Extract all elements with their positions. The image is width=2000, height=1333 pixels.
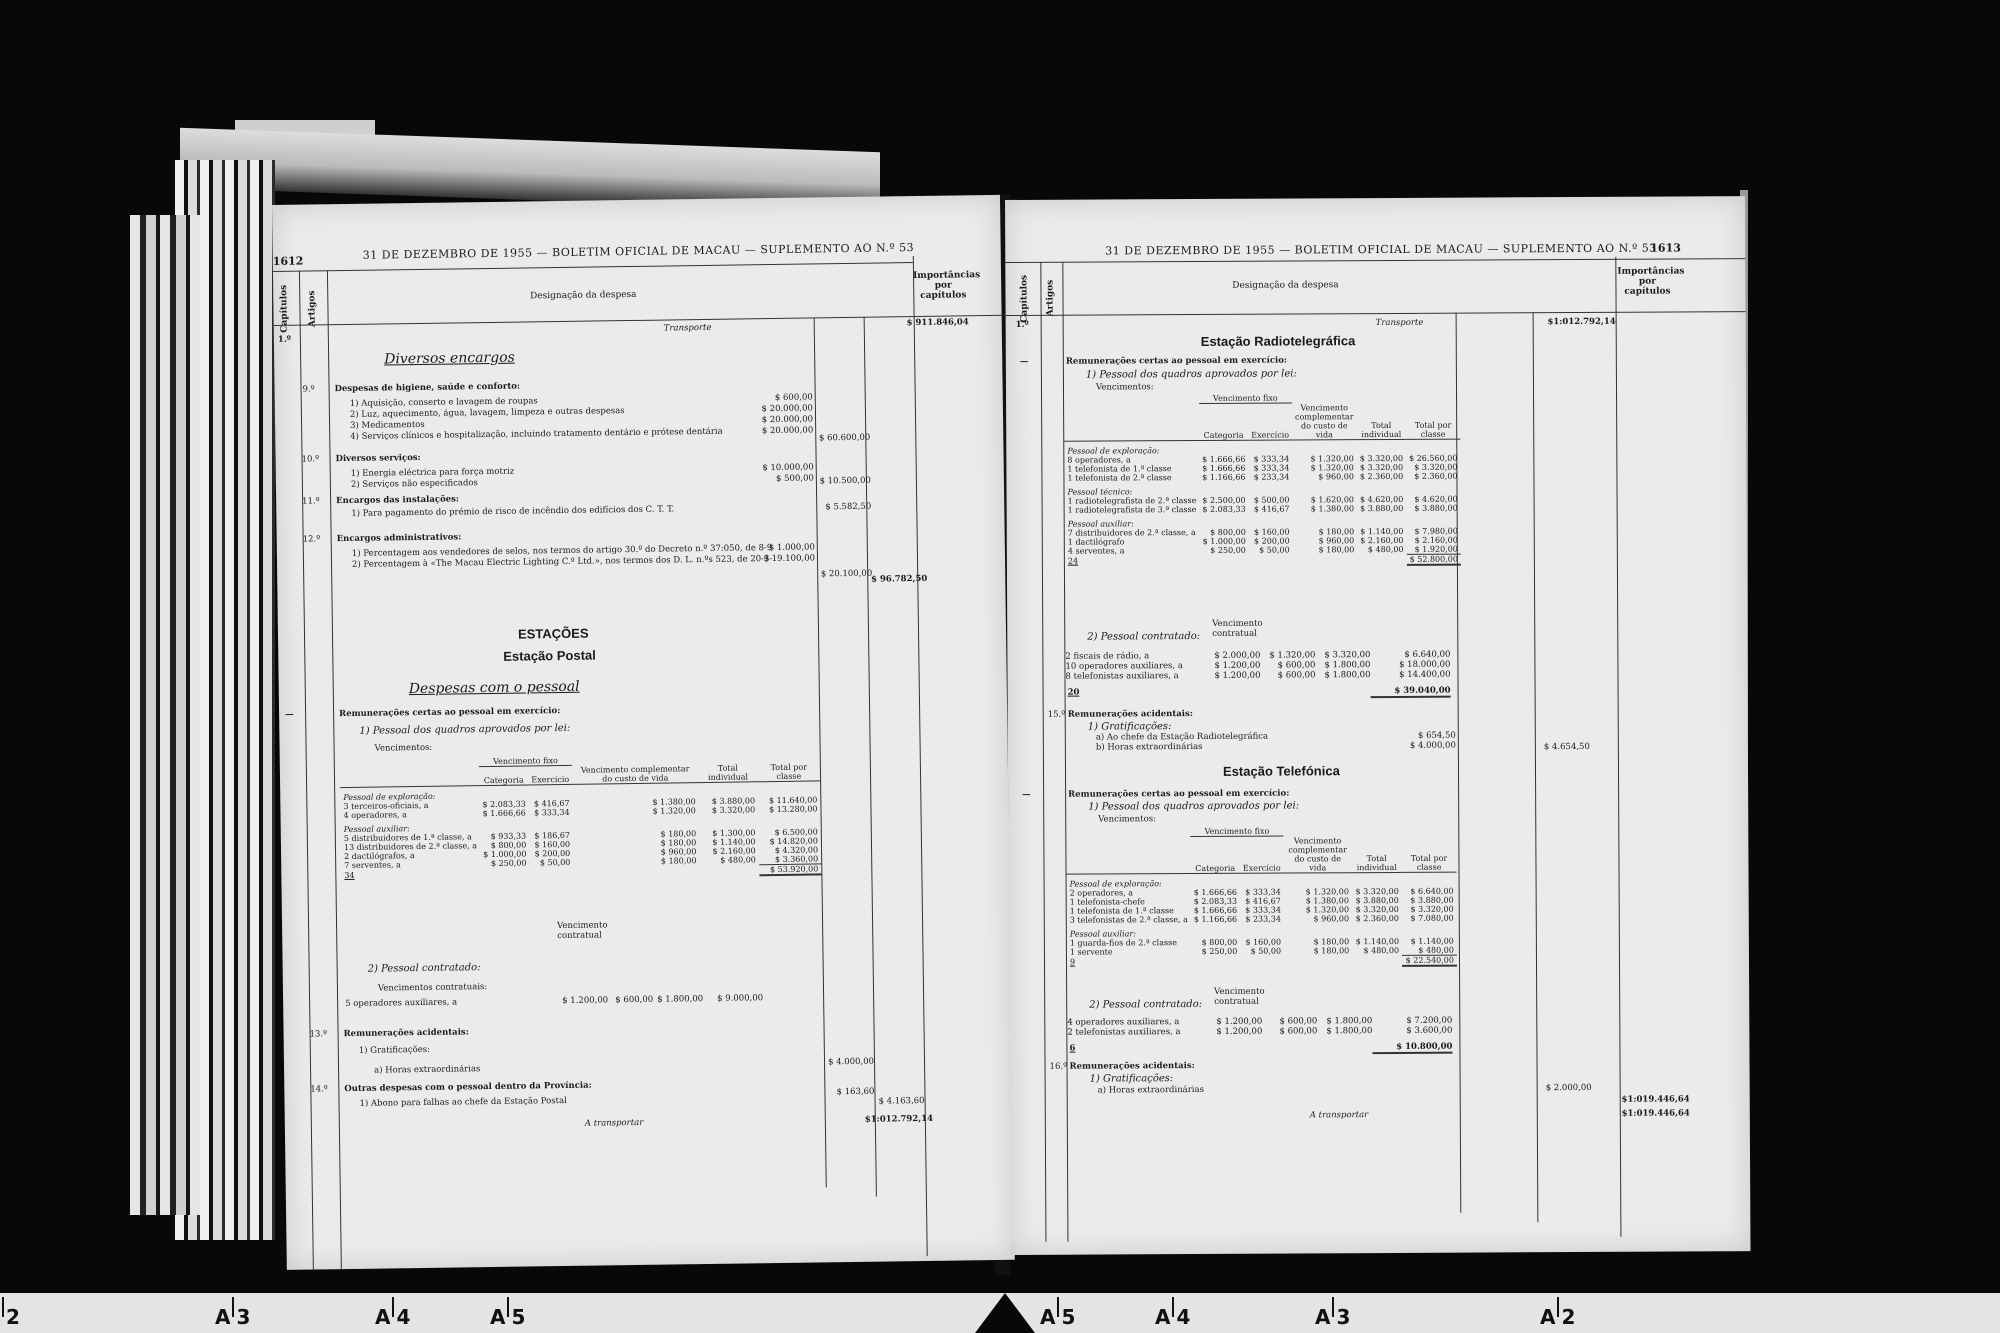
film-mark: 2	[0, 1305, 20, 1329]
section-title: Diversos encargos	[384, 350, 515, 368]
mark-bar	[1057, 1297, 1059, 1317]
article-item-value: $ 20.000,00	[753, 403, 813, 414]
header-categoria: Categoria	[1199, 403, 1248, 440]
article-title: Remunerações acidentais:	[344, 1027, 469, 1039]
mark-bar	[1172, 1297, 1174, 1317]
subsection-label: Vencimentos:	[1098, 814, 1156, 824]
contratado-label: 2) Pessoal contratado:	[1087, 631, 1200, 643]
article-item-value: $ 500,00	[754, 473, 814, 484]
article-title: Diversos serviços:	[335, 453, 420, 464]
cell-classe: $ 7.080,00	[1402, 913, 1457, 922]
article-total: $ 4.163,60	[875, 1096, 925, 1107]
class-total: $ 39.040,00	[1371, 686, 1451, 698]
article-number: 14.º	[310, 1084, 328, 1094]
class-total: $ 52.800,00	[1407, 554, 1461, 565]
class-total: $ 22.540,00	[1402, 955, 1457, 966]
contract-row-label: 5 operadores auxiliares, a	[345, 997, 457, 1009]
cell-complementar: $ 180,00	[1284, 946, 1352, 956]
cell-categoria: $ 1.666,66	[1191, 887, 1240, 896]
contratado-label: 2) Pessoal contratado:	[1089, 999, 1202, 1011]
class-total: $ 10.800,00	[1372, 1042, 1452, 1054]
col-artigos-header: Artigos	[1045, 280, 1055, 317]
contract-cell: $ 600,00	[1262, 1016, 1317, 1026]
article-sub: 1) Gratificações:	[1088, 721, 1172, 732]
cell-categoria: $ 2.500,00	[1199, 495, 1248, 504]
subsection-title: Remunerações certas ao pessoal em exercí…	[339, 706, 560, 719]
cell-complementar: $ 180,00	[1284, 937, 1352, 946]
dash-marker: —	[285, 710, 294, 720]
col-importancias-header: Importâncias por capítulos	[913, 270, 973, 301]
cell-classe: $ 3.880,00	[1406, 503, 1460, 512]
mark-bar	[1557, 1297, 1559, 1317]
article-number: 10.º	[301, 454, 319, 464]
cell-categoria: $ 1.166,66	[1191, 914, 1240, 923]
film-mark: A3	[1315, 1305, 1350, 1329]
row-label: 3 telefonistas de 2.ª classe, a	[1067, 915, 1191, 925]
contract-cell: $ 600,00	[1260, 670, 1315, 680]
cell-individual: $ 3.320,00	[1357, 462, 1406, 471]
page-number: 1613	[1650, 241, 1681, 254]
cell-classe: $ 1.140,00	[1402, 936, 1457, 945]
header-total-individual: Total individual	[1357, 402, 1406, 439]
dash-marker: —	[1020, 357, 1029, 367]
cell-exercicio: $ 416,67	[1240, 896, 1284, 905]
a-transportar-value: $1:012.792,14	[865, 1114, 927, 1125]
header-label	[1064, 403, 1199, 440]
chapter-number: 1.º	[278, 335, 291, 345]
cell-individual: $ 480,00	[699, 855, 758, 865]
empty-cell	[1357, 554, 1406, 565]
article-item-value: $ 5.582,50	[811, 502, 871, 513]
transporte-label: Transporte	[1376, 318, 1424, 328]
cell-individual: $ 1.300,00	[699, 828, 758, 838]
contract-cell: $ 18.000,00	[1370, 660, 1450, 670]
empty-cell	[1191, 956, 1240, 967]
cell-exercicio: $ 160,00	[1240, 937, 1284, 946]
header-total-individual: Total individual	[1352, 835, 1402, 872]
article-item-value: $ 19.100,00	[755, 553, 815, 564]
article-sub: 1) Gratificações:	[1090, 1073, 1174, 1084]
cell-individual: $ 3.880,00	[1352, 895, 1402, 904]
venc-contratual-header: Vencimento contratual	[1212, 619, 1252, 639]
mark-bar	[232, 1297, 234, 1317]
article-number: 11.º	[302, 496, 320, 506]
empty-cell	[1352, 955, 1402, 966]
contract-row-label: 10 operadores auxiliares, a	[1065, 661, 1183, 672]
page-stack-edge	[130, 215, 200, 1215]
class-total: $ 53.920,00	[759, 863, 821, 874]
film-mark: A4	[375, 1305, 410, 1329]
header-total-classe: Total por classe	[758, 762, 821, 781]
article-item: b) Horas extraordinárias	[1096, 742, 1203, 753]
mark-bar	[1332, 1297, 1334, 1317]
empty-cell	[1293, 554, 1358, 565]
headcount: 34	[341, 868, 480, 880]
contract-cell: $ 3.600,00	[1372, 1026, 1452, 1036]
article-sub: 1) Gratificações:	[359, 1045, 430, 1056]
film-mark: A2	[1540, 1305, 1575, 1329]
subsection-title: 1) Pessoal dos quadros aprovados por lei…	[1088, 800, 1299, 812]
cell-categoria: $ 1.666,66	[1199, 454, 1248, 463]
cell-classe: $ 4.320,00	[759, 845, 821, 855]
film-mark: A4	[1155, 1305, 1190, 1329]
cell-categoria: $ 2.083,33	[1191, 896, 1240, 905]
cell-categoria: $ 250,00	[1200, 545, 1249, 555]
cell-exercicio: $ 160,00	[1249, 527, 1293, 536]
contract-row-label: 2 telefonistas auxiliares, a	[1067, 1027, 1180, 1038]
empty-cell	[530, 867, 574, 878]
col-capitulos-header: Capítulos	[279, 285, 290, 333]
cell-classe: $ 6.500,00	[758, 827, 820, 837]
cell-classe: $ 13.280,00	[758, 804, 820, 814]
cell-complementar: $ 1.380,00	[1284, 896, 1352, 905]
article-item-value: $ 10.000,00	[754, 462, 814, 473]
article-item-value: $ 2.000,00	[1537, 1083, 1592, 1093]
cell-categoria: $ 1.166,66	[1199, 472, 1248, 481]
chapter-total: $ 96.782,50	[867, 574, 927, 585]
article-title: Despesas de higiene, saúde e conforto:	[335, 382, 521, 395]
cell-exercicio: $ 333,34	[1240, 887, 1284, 896]
contract-row-label: 4 operadores auxiliares, a	[1067, 1017, 1179, 1028]
cell-individual: $ 3.320,00	[1352, 904, 1402, 913]
contratado-label: 2) Pessoal contratado:	[368, 962, 481, 975]
col-artigos-header: Artigos	[307, 290, 318, 327]
header-label	[340, 767, 479, 787]
running-header: 31 DE DEZEMBRO DE 1955 — BOLETIM OFICIAL…	[363, 240, 1001, 262]
right-page: 31 DE DEZEMBRO DE 1955 — BOLETIM OFICIAL…	[1005, 196, 1751, 1255]
article-title: Outras despesas com o pessoal dentro da …	[344, 1081, 592, 1094]
empty-cell	[573, 865, 699, 877]
mark-bar	[392, 1297, 394, 1317]
cell-exercicio: $ 333,34	[1248, 454, 1292, 463]
salary-table: Vencimento fixoCategoriaExercícioVencime…	[1064, 393, 1461, 568]
cell-exercicio: $ 50,00	[1249, 545, 1293, 555]
a-transportar-label: A transportar	[1310, 1110, 1368, 1120]
contract-cell: $ 1.320,00	[1260, 650, 1315, 660]
cell-classe: $ 2.160,00	[1406, 535, 1460, 544]
cell-complementar: $ 1.620,00	[1292, 495, 1357, 504]
cell-complementar: $ 960,00	[1293, 536, 1358, 545]
subsection-title: Remunerações certas ao pessoal em exercí…	[1066, 356, 1287, 367]
cell-complementar: $ 1.320,00	[1284, 887, 1352, 896]
contract-cell: $ 1.800,00	[1317, 1026, 1372, 1036]
cell-categoria: $ 1.000,00	[1200, 536, 1249, 545]
col-importancias-header: Importâncias por capítulos	[1617, 266, 1677, 296]
empty-cell	[1200, 555, 1249, 566]
venc-contratual-header: Vencimento contratual	[1214, 987, 1254, 1007]
article-total: $ 60.600,00	[810, 433, 870, 444]
cell-classe: $ 11.640,00	[758, 795, 820, 805]
article-number: 12.º	[303, 534, 321, 544]
header-categoria: Categoria	[479, 766, 529, 785]
empty-cell	[1249, 554, 1293, 565]
col-designacao-header: Designação da despesa	[433, 289, 733, 303]
header-exercicio: Exercício	[1248, 403, 1292, 440]
contract-row-label: 8 telefonistas auxiliares, a	[1065, 671, 1178, 682]
venc-contratual-header: Vencimento contratual	[557, 921, 597, 942]
subsection-title: 1) Pessoal dos quadros aprovados por lei…	[359, 723, 570, 737]
cell-individual: $ 3.880,00	[699, 796, 758, 806]
cell-complementar: $ 1.380,00	[1292, 504, 1357, 513]
cell-complementar: $ 960,00	[1292, 472, 1357, 481]
cell-individual: $ 1.140,00	[1352, 936, 1402, 945]
cell-classe: $ 480,00	[1402, 945, 1457, 955]
cell-categoria: $ 1.000,00	[480, 849, 529, 859]
article-item-value: $ 600,00	[753, 392, 813, 403]
cell-exercicio: $ 333,34	[1240, 905, 1284, 914]
article-number: 16.º	[1050, 1062, 1068, 1072]
header-total-individual: Total individual	[698, 763, 758, 782]
header-label	[1066, 837, 1190, 874]
station-title: Estação Telefónica	[1223, 763, 1340, 779]
cell-exercicio: $ 416,67	[1249, 504, 1293, 513]
film-mark: A5	[490, 1305, 525, 1329]
cell-individual: $ 1.140,00	[699, 837, 758, 847]
header-complementar: Vencimento complementar do custo de vida	[1292, 403, 1357, 440]
cell-classe: $ 14.820,00	[759, 836, 821, 846]
cell-exercicio: $ 416,67	[529, 798, 573, 808]
contract-cell: $ 1.800,00	[1317, 1016, 1372, 1026]
cell-individual: $ 1.140,00	[1357, 526, 1406, 535]
empty-cell	[1240, 956, 1284, 967]
article-title: Encargos das instalações:	[336, 494, 459, 506]
contract-cell: $ 9.000,00	[703, 993, 763, 1004]
cell-complementar: $ 960,00	[1284, 914, 1352, 923]
cell-individual: $ 2.160,00	[699, 846, 758, 856]
page-number: 1612	[273, 255, 304, 268]
transporte-value: $ 911.846,04	[869, 317, 969, 328]
transporte-label: Transporte	[664, 323, 712, 334]
contract-cell: $ 1.200,00	[553, 995, 608, 1006]
cell-individual: $ 480,00	[1357, 544, 1406, 554]
contract-row-label: 2 fiscais de rádio, a	[1065, 651, 1149, 661]
subsection-label: Vencimentos:	[375, 743, 433, 754]
cell-categoria: $ 800,00	[1191, 937, 1240, 946]
film-mark: A5	[1040, 1305, 1075, 1329]
article-number: 13.º	[310, 1029, 328, 1039]
article-item: 1) Para pagamento do prémio de risco de …	[351, 504, 674, 519]
cell-categoria: $ 1.666,66	[1191, 905, 1240, 914]
mark-bar	[2, 1297, 4, 1317]
contract-cell: $ 1.200,00	[1207, 1017, 1262, 1027]
contract-cell: $ 1.800,00	[653, 994, 703, 1005]
article-item-value: $ 163,60	[824, 1087, 874, 1098]
article-title: Encargos administrativos:	[337, 532, 462, 544]
headcount: 6	[1069, 1044, 1075, 1054]
contract-cell: $ 3.320,00	[1315, 650, 1370, 660]
article-item-value: $ 20.000,00	[753, 414, 813, 425]
row-label: 1 radiotelegrafista de 3.ª classe	[1065, 504, 1200, 514]
article-item-value: $ 654,50	[1398, 731, 1456, 741]
contract-cell: $ 1.200,00	[1207, 1027, 1262, 1037]
cell-classe: $ 26.560,00	[1406, 453, 1460, 462]
cell-categoria: $ 250,00	[480, 858, 529, 868]
contract-cell: $ 1.800,00	[1315, 660, 1370, 670]
header-exercicio: Exercício	[528, 765, 572, 784]
article-item: a) Horas extraordinárias	[374, 1064, 480, 1075]
cell-classe: $ 3.320,00	[1402, 904, 1457, 913]
cell-classe: $ 4.620,00	[1406, 494, 1460, 503]
empty-cell	[1284, 955, 1352, 966]
row-label: 1 telefonista de 1.ª classe	[1067, 906, 1191, 916]
article-number: 15.º	[1048, 710, 1066, 720]
cell-complementar: $ 1.320,00	[1292, 454, 1357, 463]
film-notch	[1005, 1293, 1035, 1333]
cell-categoria: $ 1.666,66	[1199, 463, 1248, 472]
cell-exercicio: $ 333,34	[529, 807, 573, 817]
contract-cell: $ 14.400,00	[1370, 670, 1450, 680]
cell-classe: $ 6.640,00	[1402, 886, 1457, 895]
header-venc-fixo: Vencimento fixo	[1199, 394, 1292, 404]
header-exercicio: Exercício	[1240, 836, 1284, 873]
article-item-value: $ 20.000,00	[753, 425, 813, 436]
cell-categoria: $ 2.083,33	[1199, 504, 1248, 513]
contract-cell: $ 7.200,00	[1372, 1016, 1452, 1026]
article-title: Remunerações acidentais:	[1068, 709, 1193, 720]
cell-individual: $ 2.360,00	[1357, 471, 1406, 480]
cell-exercicio: $ 50,00	[529, 857, 573, 867]
article-item: 2) Serviços não especificados	[351, 478, 478, 490]
headcount: 20	[1068, 688, 1080, 698]
cell-exercicio: $ 233,34	[1240, 914, 1284, 923]
cell-classe: $ 3.360,00	[759, 854, 821, 864]
article-item-value: $ 4.000,00	[824, 1057, 874, 1068]
header-complementar: Vencimento complementar do custo de vida	[1284, 836, 1352, 873]
subsection-title: Remunerações certas ao pessoal em exercí…	[1068, 789, 1289, 800]
cell-classe: $ 1.920,00	[1407, 544, 1461, 554]
cell-classe: $ 2.360,00	[1406, 471, 1460, 480]
chapter-number: 1.º	[1016, 320, 1029, 330]
cell-categoria: $ 800,00	[480, 840, 529, 850]
cell-classe: $ 3.320,00	[1406, 462, 1460, 471]
cell-individual: $ 3.320,00	[1352, 886, 1402, 895]
mark-bar	[507, 1297, 509, 1317]
film-notch	[975, 1293, 1005, 1333]
station-title: Estação Radiotelegráfica	[1201, 333, 1356, 349]
cell-categoria: $ 933,33	[480, 831, 529, 841]
film-mark: A3	[215, 1305, 250, 1329]
venc-contratuais-label: Vencimentos contratuais:	[378, 982, 487, 994]
a-transportar-label: A transportar	[585, 1118, 644, 1129]
cell-exercicio: $ 200,00	[1249, 536, 1293, 545]
contract-cell: $ 600,00	[1262, 1026, 1317, 1036]
article-item: 1) Energia eléctrica para força motriz	[351, 467, 515, 479]
cell-exercicio: $ 160,00	[529, 839, 573, 849]
cell-individual: $ 2.360,00	[1352, 913, 1402, 922]
salary-table: Vencimento fixoCategoriaExercícioVencime…	[1066, 826, 1457, 969]
row-label: 1 radiotelegrafista de 2.ª classe	[1065, 495, 1200, 505]
article-total: $ 10.500,00	[811, 476, 871, 487]
cell-categoria: $ 800,00	[1199, 527, 1248, 536]
article-item: 1) Abono para falhas ao chefe da Estação…	[359, 1096, 566, 1109]
cell-individual: $ 2.160,00	[1357, 535, 1406, 544]
header-complementar: Vencimento complementar do custo de vida	[572, 764, 698, 784]
article-item: 3) Medicamentos	[350, 420, 425, 431]
contract-cell: $ 6.640,00	[1370, 650, 1450, 660]
article-total: $ 4.654,50	[1535, 742, 1590, 752]
cell-classe: $ 7.980,00	[1406, 526, 1460, 535]
section-title: Despesas com o pessoal	[409, 679, 580, 697]
cell-individual: $ 3.320,00	[1357, 453, 1406, 462]
empty-cell	[700, 864, 759, 875]
cell-complementar: $ 180,00	[1293, 527, 1358, 536]
header-categoria: Categoria	[1190, 836, 1239, 873]
article-item: a) Horas extraordinárias	[1098, 1085, 1204, 1096]
headcount: 24	[1065, 555, 1200, 566]
a-transportar-value: $1:019.446,64	[1620, 1108, 1690, 1118]
cell-individual: $ 3.320,00	[699, 805, 758, 815]
contract-cell: $ 2.000,00	[1205, 651, 1260, 661]
cell-individual: $ 480,00	[1352, 945, 1402, 955]
transporte-value: $1:012.792,14	[1536, 317, 1616, 327]
cell-complementar: $ 1.320,00	[1284, 905, 1352, 914]
subsection-title: 1) Pessoal dos quadros aprovados por lei…	[1086, 368, 1297, 380]
cell-individual: $ 4.620,00	[1357, 494, 1406, 503]
cell-categoria: $ 1.666,66	[480, 808, 529, 818]
header-total-classe: Total por classe	[1401, 835, 1456, 872]
chapter-total: $1:019.446,64	[1620, 1094, 1690, 1104]
cell-complementar: $ 180,00	[1293, 545, 1358, 555]
article-item: a) Ao chefe da Estação Radiotelegráfica	[1096, 732, 1268, 743]
contract-cell: $ 600,00	[608, 995, 653, 1006]
cell-individual: $ 3.880,00	[1357, 503, 1406, 512]
cell-classe: $ 3.880,00	[1402, 895, 1457, 904]
estacoes-title: ESTAÇÕES	[518, 626, 589, 642]
col-capitulos-header: Capítulos	[1019, 275, 1029, 323]
cell-exercicio: $ 500,00	[1249, 495, 1293, 504]
col-designacao-header: Designação da despesa	[1135, 280, 1435, 292]
contract-cell: $ 1.800,00	[1315, 670, 1370, 680]
article-title: Remunerações acidentais:	[1070, 1061, 1195, 1072]
contract-cell: $ 1.200,00	[1205, 661, 1260, 671]
header-venc-fixo: Vencimento fixo	[1190, 827, 1283, 837]
cell-exercicio: $ 200,00	[529, 848, 573, 858]
cell-exercicio: $ 50,00	[1240, 946, 1284, 956]
cell-categoria: $ 250,00	[1191, 946, 1240, 956]
article-item-value: $ 1.000,00	[755, 542, 815, 553]
cell-categoria: $ 2.083,33	[479, 799, 528, 809]
header-total-classe: Total por classe	[1406, 402, 1461, 439]
article-item-value: $ 4.000,00	[1398, 741, 1456, 751]
headcount: 9	[1067, 956, 1191, 967]
cell-complementar: $ 1.320,00	[1292, 463, 1357, 472]
contract-cell: $ 1.200,00	[1205, 671, 1260, 681]
cell-exercicio: $ 333,34	[1248, 463, 1292, 472]
cell-exercicio: $ 186,67	[529, 830, 573, 840]
article-total: $ 20.100,00	[812, 569, 872, 580]
contract-cell: $ 600,00	[1260, 660, 1315, 670]
row-label: 7 distribuidores de 2.ª classe, a	[1065, 527, 1200, 537]
left-page: 1612 31 DE DEZEMBRO DE 1955 — BOLETIM OF…	[272, 195, 1015, 1270]
salary-table: Vencimento fixoCategoriaExercícioVencime…	[340, 752, 822, 881]
row-label: 1 guarda-fios de 2.ª classe	[1067, 938, 1191, 948]
subsection-label: Vencimentos:	[1096, 382, 1154, 392]
dash-marker: —	[1022, 790, 1031, 800]
estacao-postal-title: Estação Postal	[503, 648, 596, 664]
cell-exercicio: $ 233,34	[1248, 472, 1292, 481]
article-number: 9.º	[303, 384, 315, 394]
empty-cell	[480, 867, 529, 878]
